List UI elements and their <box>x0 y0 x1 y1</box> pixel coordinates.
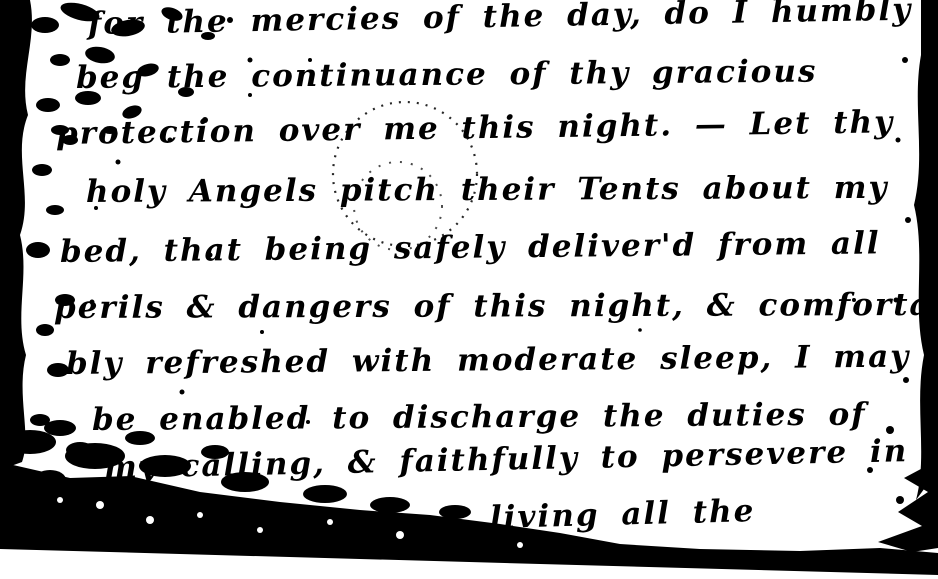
manuscript-line-1: for the mercies of the day, do I humbly <box>88 0 913 42</box>
manuscript-line-7: bly refreshed with moderate sleep, I may <box>66 339 911 382</box>
manuscript-line-3: protection over me this night. — Let thy <box>56 104 895 152</box>
manuscript-line-8: be enabled to discharge the duties of <box>92 397 867 438</box>
manuscript-line-5: bed, that being safely deliver'd from al… <box>60 225 881 270</box>
manuscript-line-9: my calling, & faithfully to persevere in <box>104 433 909 486</box>
manuscript-line-10: living all the <box>490 493 756 536</box>
manuscript-line-6: perils & dangers of this night, & comfor… <box>54 287 938 326</box>
manuscript-line-4: holy Angels pitch their Tents about my <box>86 170 889 210</box>
manuscript-line-2: beg the continuance of thy gracious <box>76 54 818 96</box>
manuscript-text: for the mercies of the day, do I humbly … <box>0 0 938 579</box>
manuscript-page: for the mercies of the day, do I humbly … <box>0 0 938 579</box>
